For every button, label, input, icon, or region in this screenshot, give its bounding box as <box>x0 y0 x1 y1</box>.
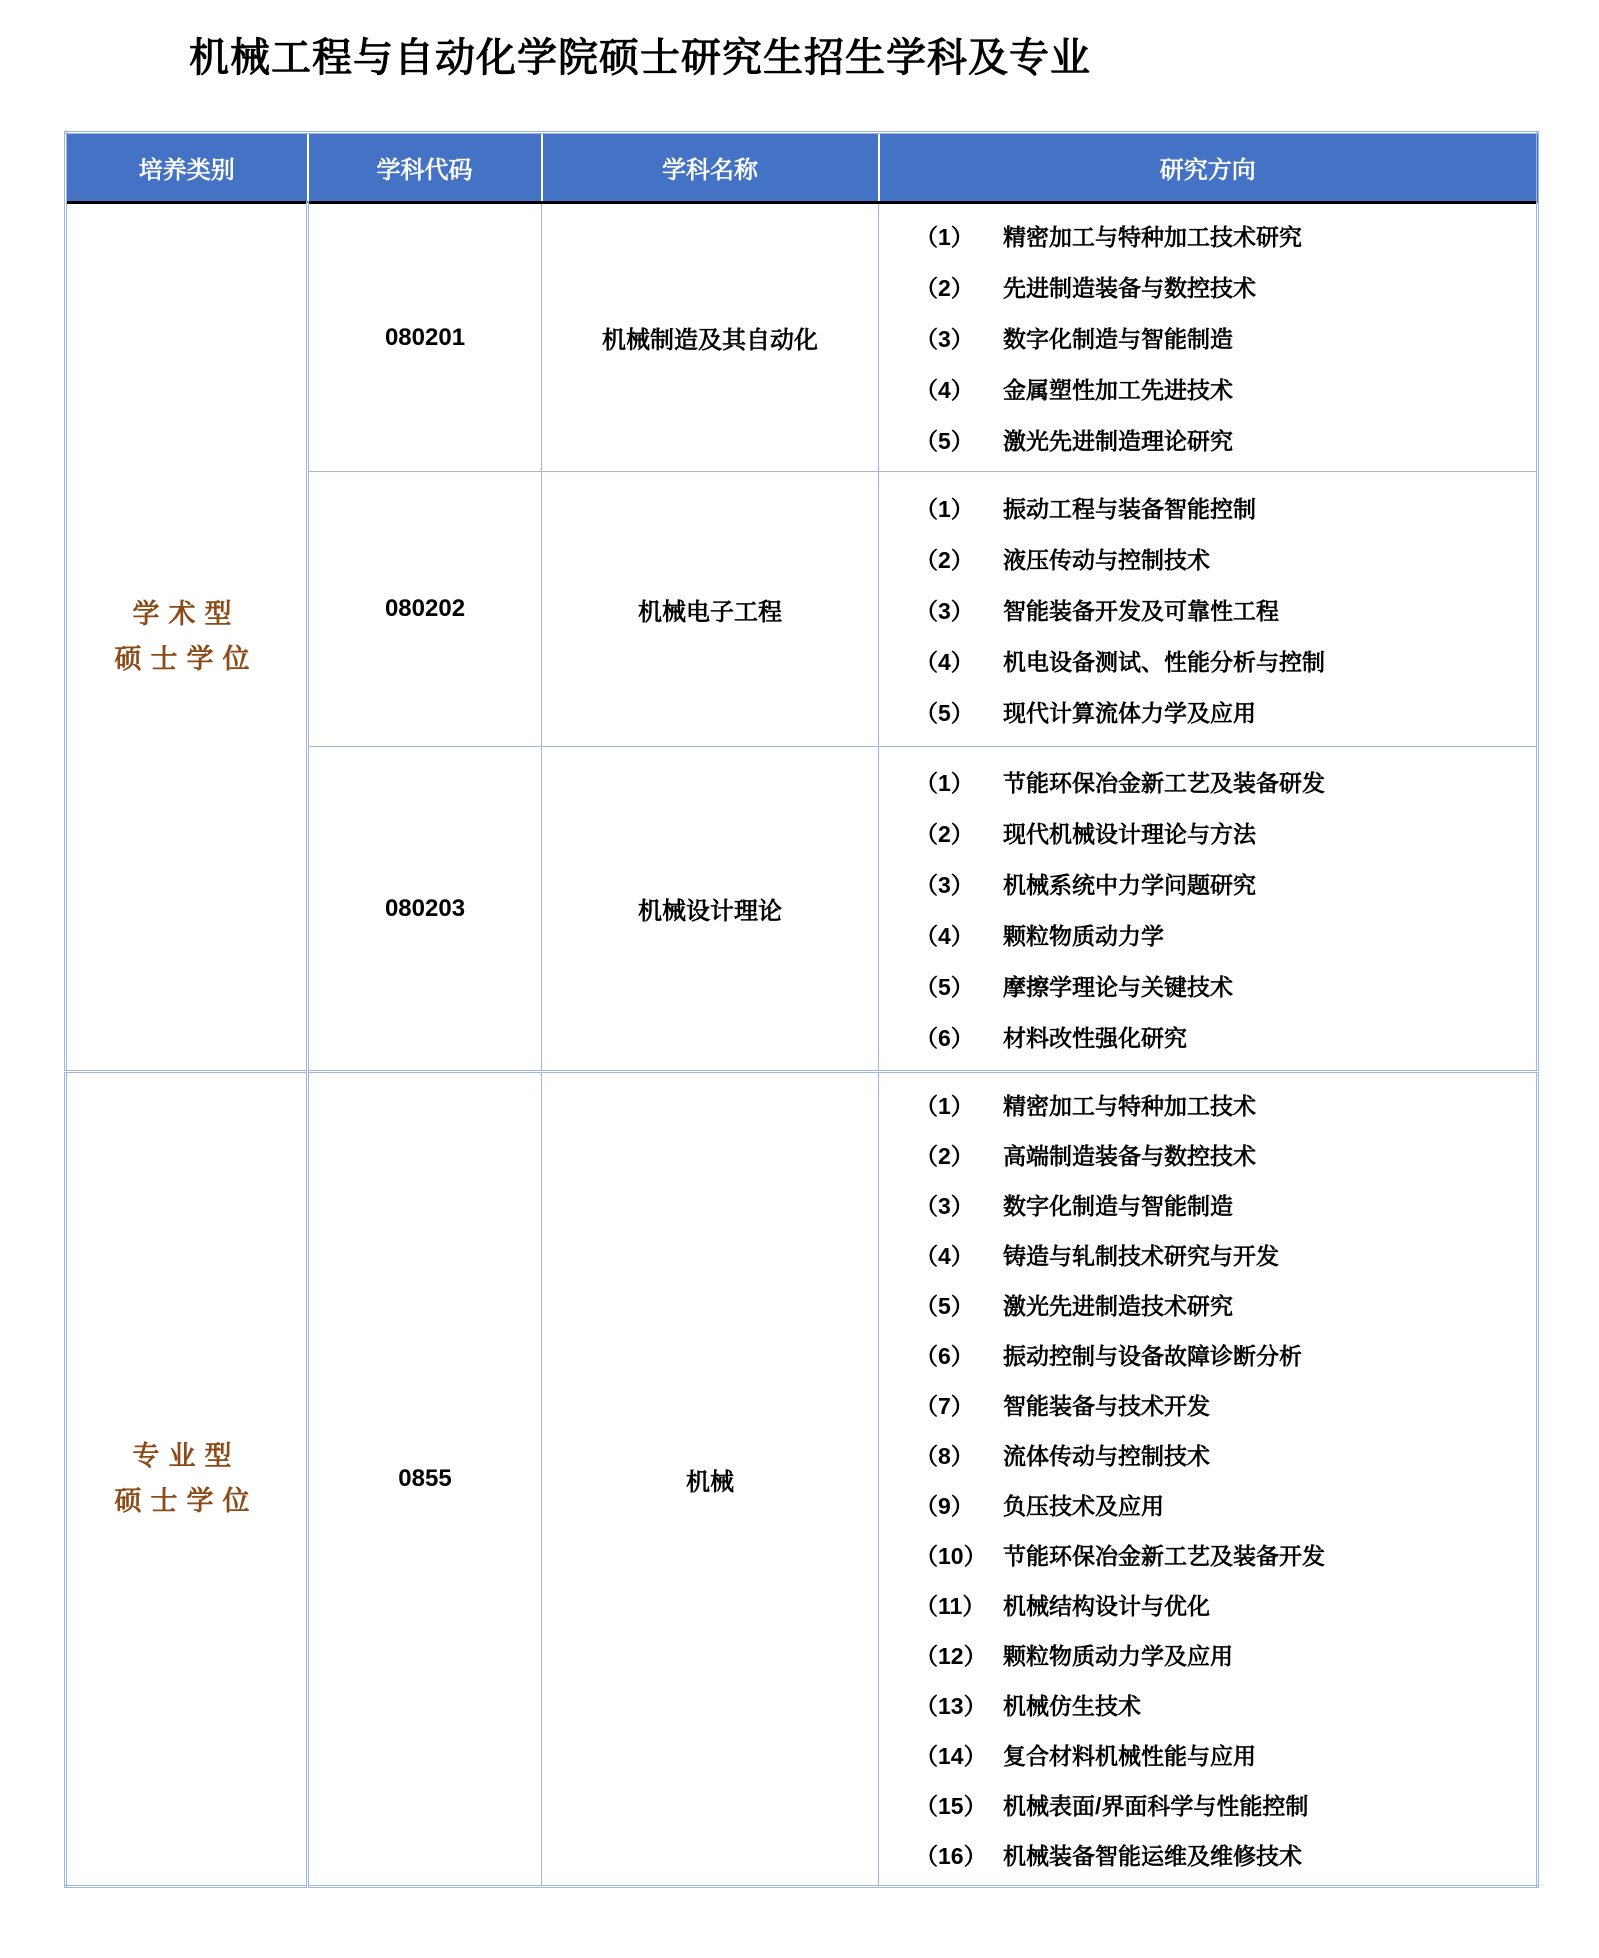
direction-item: （13）机械仿生技术 <box>915 1679 1530 1729</box>
category-cell-academic: 学术型 硕士学位 <box>66 203 308 1072</box>
direction-text: 机械仿生技术 <box>1003 1688 1141 1721</box>
direction-text: 负压技术及应用 <box>1003 1488 1164 1521</box>
direction-text: 机械结构设计与优化 <box>1003 1588 1210 1621</box>
direction-number: （3） <box>915 1188 1003 1221</box>
direction-item: （1）节能环保冶金新工艺及装备研发 <box>915 756 1530 807</box>
table-row: 专业型 硕士学位 0855 机械 （1）精密加工与特种加工技术（2）高端制造装备… <box>66 1072 1538 1887</box>
direction-number: （2） <box>915 270 1003 303</box>
direction-number: （5） <box>915 695 1003 728</box>
direction-number: （1） <box>915 491 1003 524</box>
direction-text: 复合材料机械性能与应用 <box>1003 1738 1256 1771</box>
direction-number: （2） <box>915 816 1003 849</box>
direction-text: 高端制造装备与数控技术 <box>1003 1138 1256 1171</box>
direction-number: （3） <box>915 867 1003 900</box>
direction-item: （12）颗粒物质动力学及应用 <box>915 1629 1530 1679</box>
direction-number: （11） <box>915 1588 1003 1621</box>
col-header-name: 学科名称 <box>542 133 879 203</box>
subject-code: 080203 <box>308 747 542 1072</box>
subject-name: 机械 <box>542 1072 879 1887</box>
directions-cell: （1）节能环保冶金新工艺及装备研发（2）现代机械设计理论与方法（3）机械系统中力… <box>879 747 1538 1072</box>
direction-text: 机电设备测试、性能分析与控制 <box>1003 644 1325 677</box>
category-line: 硕士学位 <box>67 1479 306 1524</box>
direction-number: （5） <box>915 969 1003 1002</box>
direction-text: 节能环保冶金新工艺及装备研发 <box>1003 765 1325 798</box>
direction-item: （9）负压技术及应用 <box>915 1479 1530 1529</box>
direction-text: 智能装备与技术开发 <box>1003 1388 1210 1421</box>
direction-item: （5）现代计算流体力学及应用 <box>915 686 1530 737</box>
direction-item: （4）颗粒物质动力学 <box>915 909 1530 960</box>
page-title: 机械工程与自动化学院硕士研究生招生学科及专业 <box>0 26 1280 83</box>
direction-item: （4）铸造与轧制技术研究与开发 <box>915 1229 1530 1279</box>
direction-item: （5）激光先进制造技术研究 <box>915 1279 1530 1329</box>
direction-number: （7） <box>915 1388 1003 1421</box>
direction-item: （6）材料改性强化研究 <box>915 1011 1530 1062</box>
direction-item: （3）智能装备开发及可靠性工程 <box>915 584 1530 635</box>
direction-number: （3） <box>915 593 1003 626</box>
direction-number: （10） <box>915 1538 1003 1571</box>
direction-number: （16） <box>915 1838 1003 1871</box>
directions-cell: （1）振动工程与装备智能控制（2）液压传动与控制技术（3）智能装备开发及可靠性工… <box>879 472 1538 747</box>
direction-text: 振动工程与装备智能控制 <box>1003 491 1256 524</box>
direction-text: 铸造与轧制技术研究与开发 <box>1003 1238 1279 1271</box>
directions-cell: （1）精密加工与特种加工技术（2）高端制造装备与数控技术（3）数字化制造与智能制… <box>879 1072 1538 1887</box>
subject-code: 0855 <box>308 1072 542 1887</box>
direction-text: 流体传动与控制技术 <box>1003 1438 1210 1471</box>
subject-name: 机械制造及其自动化 <box>542 203 879 472</box>
direction-number: （1） <box>915 219 1003 252</box>
directions-cell: （1）精密加工与特种加工技术研究（2）先进制造装备与数控技术（3）数字化制造与智… <box>879 203 1538 472</box>
direction-number: （4） <box>915 1238 1003 1271</box>
category-line: 硕士学位 <box>67 637 306 682</box>
direction-item: （7）智能装备与技术开发 <box>915 1379 1530 1429</box>
direction-text: 数字化制造与智能制造 <box>1003 1188 1233 1221</box>
direction-number: （2） <box>915 1138 1003 1171</box>
direction-text: 金属塑性加工先进技术 <box>1003 372 1233 405</box>
direction-number: （4） <box>915 372 1003 405</box>
direction-item: （8）流体传动与控制技术 <box>915 1429 1530 1479</box>
direction-item: （6）振动控制与设备故障诊断分析 <box>915 1329 1530 1379</box>
direction-item: （11）机械结构设计与优化 <box>915 1579 1530 1629</box>
direction-text: 精密加工与特种加工技术研究 <box>1003 219 1302 252</box>
direction-number: （5） <box>915 1288 1003 1321</box>
direction-item: （5）激光先进制造理论研究 <box>915 414 1530 465</box>
direction-text: 智能装备开发及可靠性工程 <box>1003 593 1279 626</box>
category-cell-professional: 专业型 硕士学位 <box>66 1072 308 1887</box>
direction-number: （6） <box>915 1020 1003 1053</box>
direction-text: 节能环保冶金新工艺及装备开发 <box>1003 1538 1325 1571</box>
col-header-category: 培养类别 <box>66 133 308 203</box>
header-row: 培养类别 学科代码 学科名称 研究方向 <box>66 133 1538 203</box>
direction-number: （8） <box>915 1438 1003 1471</box>
direction-text: 激光先进制造技术研究 <box>1003 1288 1233 1321</box>
direction-item: （3）数字化制造与智能制造 <box>915 312 1530 363</box>
direction-item: （1）精密加工与特种加工技术研究 <box>915 210 1530 261</box>
direction-number: （14） <box>915 1738 1003 1771</box>
subject-name: 机械电子工程 <box>542 472 879 747</box>
direction-text: 机械系统中力学问题研究 <box>1003 867 1256 900</box>
direction-item: （3）数字化制造与智能制造 <box>915 1179 1530 1229</box>
direction-text: 精密加工与特种加工技术 <box>1003 1088 1256 1121</box>
subject-code: 080202 <box>308 472 542 747</box>
direction-text: 摩擦学理论与关键技术 <box>1003 969 1233 1002</box>
direction-number: （12） <box>915 1638 1003 1671</box>
direction-number: （2） <box>915 542 1003 575</box>
direction-number: （4） <box>915 644 1003 677</box>
direction-text: 颗粒物质动力学 <box>1003 918 1164 951</box>
subject-name: 机械设计理论 <box>542 747 879 1072</box>
table-row: 学术型 硕士学位 080201 机械制造及其自动化 （1）精密加工与特种加工技术… <box>66 203 1538 472</box>
direction-number: （9） <box>915 1488 1003 1521</box>
direction-text: 现代计算流体力学及应用 <box>1003 695 1256 728</box>
direction-text: 激光先进制造理论研究 <box>1003 423 1233 456</box>
programs-table: 培养类别 学科代码 学科名称 研究方向 学术型 硕士学位 080201 机械制造… <box>64 131 1539 1888</box>
direction-item: （1）精密加工与特种加工技术 <box>915 1079 1530 1129</box>
direction-text: 数字化制造与智能制造 <box>1003 321 1233 354</box>
direction-number: （13） <box>915 1688 1003 1721</box>
direction-item: （16）机械装备智能运维及维修技术 <box>915 1829 1530 1879</box>
direction-item: （14）复合材料机械性能与应用 <box>915 1729 1530 1779</box>
direction-item: （3）机械系统中力学问题研究 <box>915 858 1530 909</box>
direction-item: （10）节能环保冶金新工艺及装备开发 <box>915 1529 1530 1579</box>
direction-item: （4）机电设备测试、性能分析与控制 <box>915 635 1530 686</box>
col-header-code: 学科代码 <box>308 133 542 203</box>
table-header: 培养类别 学科代码 学科名称 研究方向 <box>66 133 1538 203</box>
direction-item: （2）液压传动与控制技术 <box>915 533 1530 584</box>
direction-item: （5）摩擦学理论与关键技术 <box>915 960 1530 1011</box>
subject-code: 080201 <box>308 203 542 472</box>
direction-item: （4）金属塑性加工先进技术 <box>915 363 1530 414</box>
direction-number: （6） <box>915 1338 1003 1371</box>
direction-item: （2）现代机械设计理论与方法 <box>915 807 1530 858</box>
direction-text: 机械装备智能运维及维修技术 <box>1003 1838 1302 1871</box>
direction-item: （2）先进制造装备与数控技术 <box>915 261 1530 312</box>
category-line: 专业型 <box>67 1434 306 1479</box>
direction-item: （1）振动工程与装备智能控制 <box>915 482 1530 533</box>
direction-text: 振动控制与设备故障诊断分析 <box>1003 1338 1302 1371</box>
direction-number: （3） <box>915 321 1003 354</box>
direction-text: 现代机械设计理论与方法 <box>1003 816 1256 849</box>
col-header-directions: 研究方向 <box>879 133 1538 203</box>
direction-text: 液压传动与控制技术 <box>1003 542 1210 575</box>
direction-text: 机械表面/界面科学与性能控制 <box>1003 1788 1308 1821</box>
direction-item: （15）机械表面/界面科学与性能控制 <box>915 1779 1530 1829</box>
direction-text: 材料改性强化研究 <box>1003 1020 1187 1053</box>
direction-number: （5） <box>915 423 1003 456</box>
direction-number: （4） <box>915 918 1003 951</box>
category-line: 学术型 <box>67 592 306 637</box>
direction-text: 先进制造装备与数控技术 <box>1003 270 1256 303</box>
direction-number: （1） <box>915 1088 1003 1121</box>
direction-number: （15） <box>915 1788 1003 1821</box>
direction-item: （2）高端制造装备与数控技术 <box>915 1129 1530 1179</box>
direction-number: （1） <box>915 765 1003 798</box>
direction-text: 颗粒物质动力学及应用 <box>1003 1638 1233 1671</box>
